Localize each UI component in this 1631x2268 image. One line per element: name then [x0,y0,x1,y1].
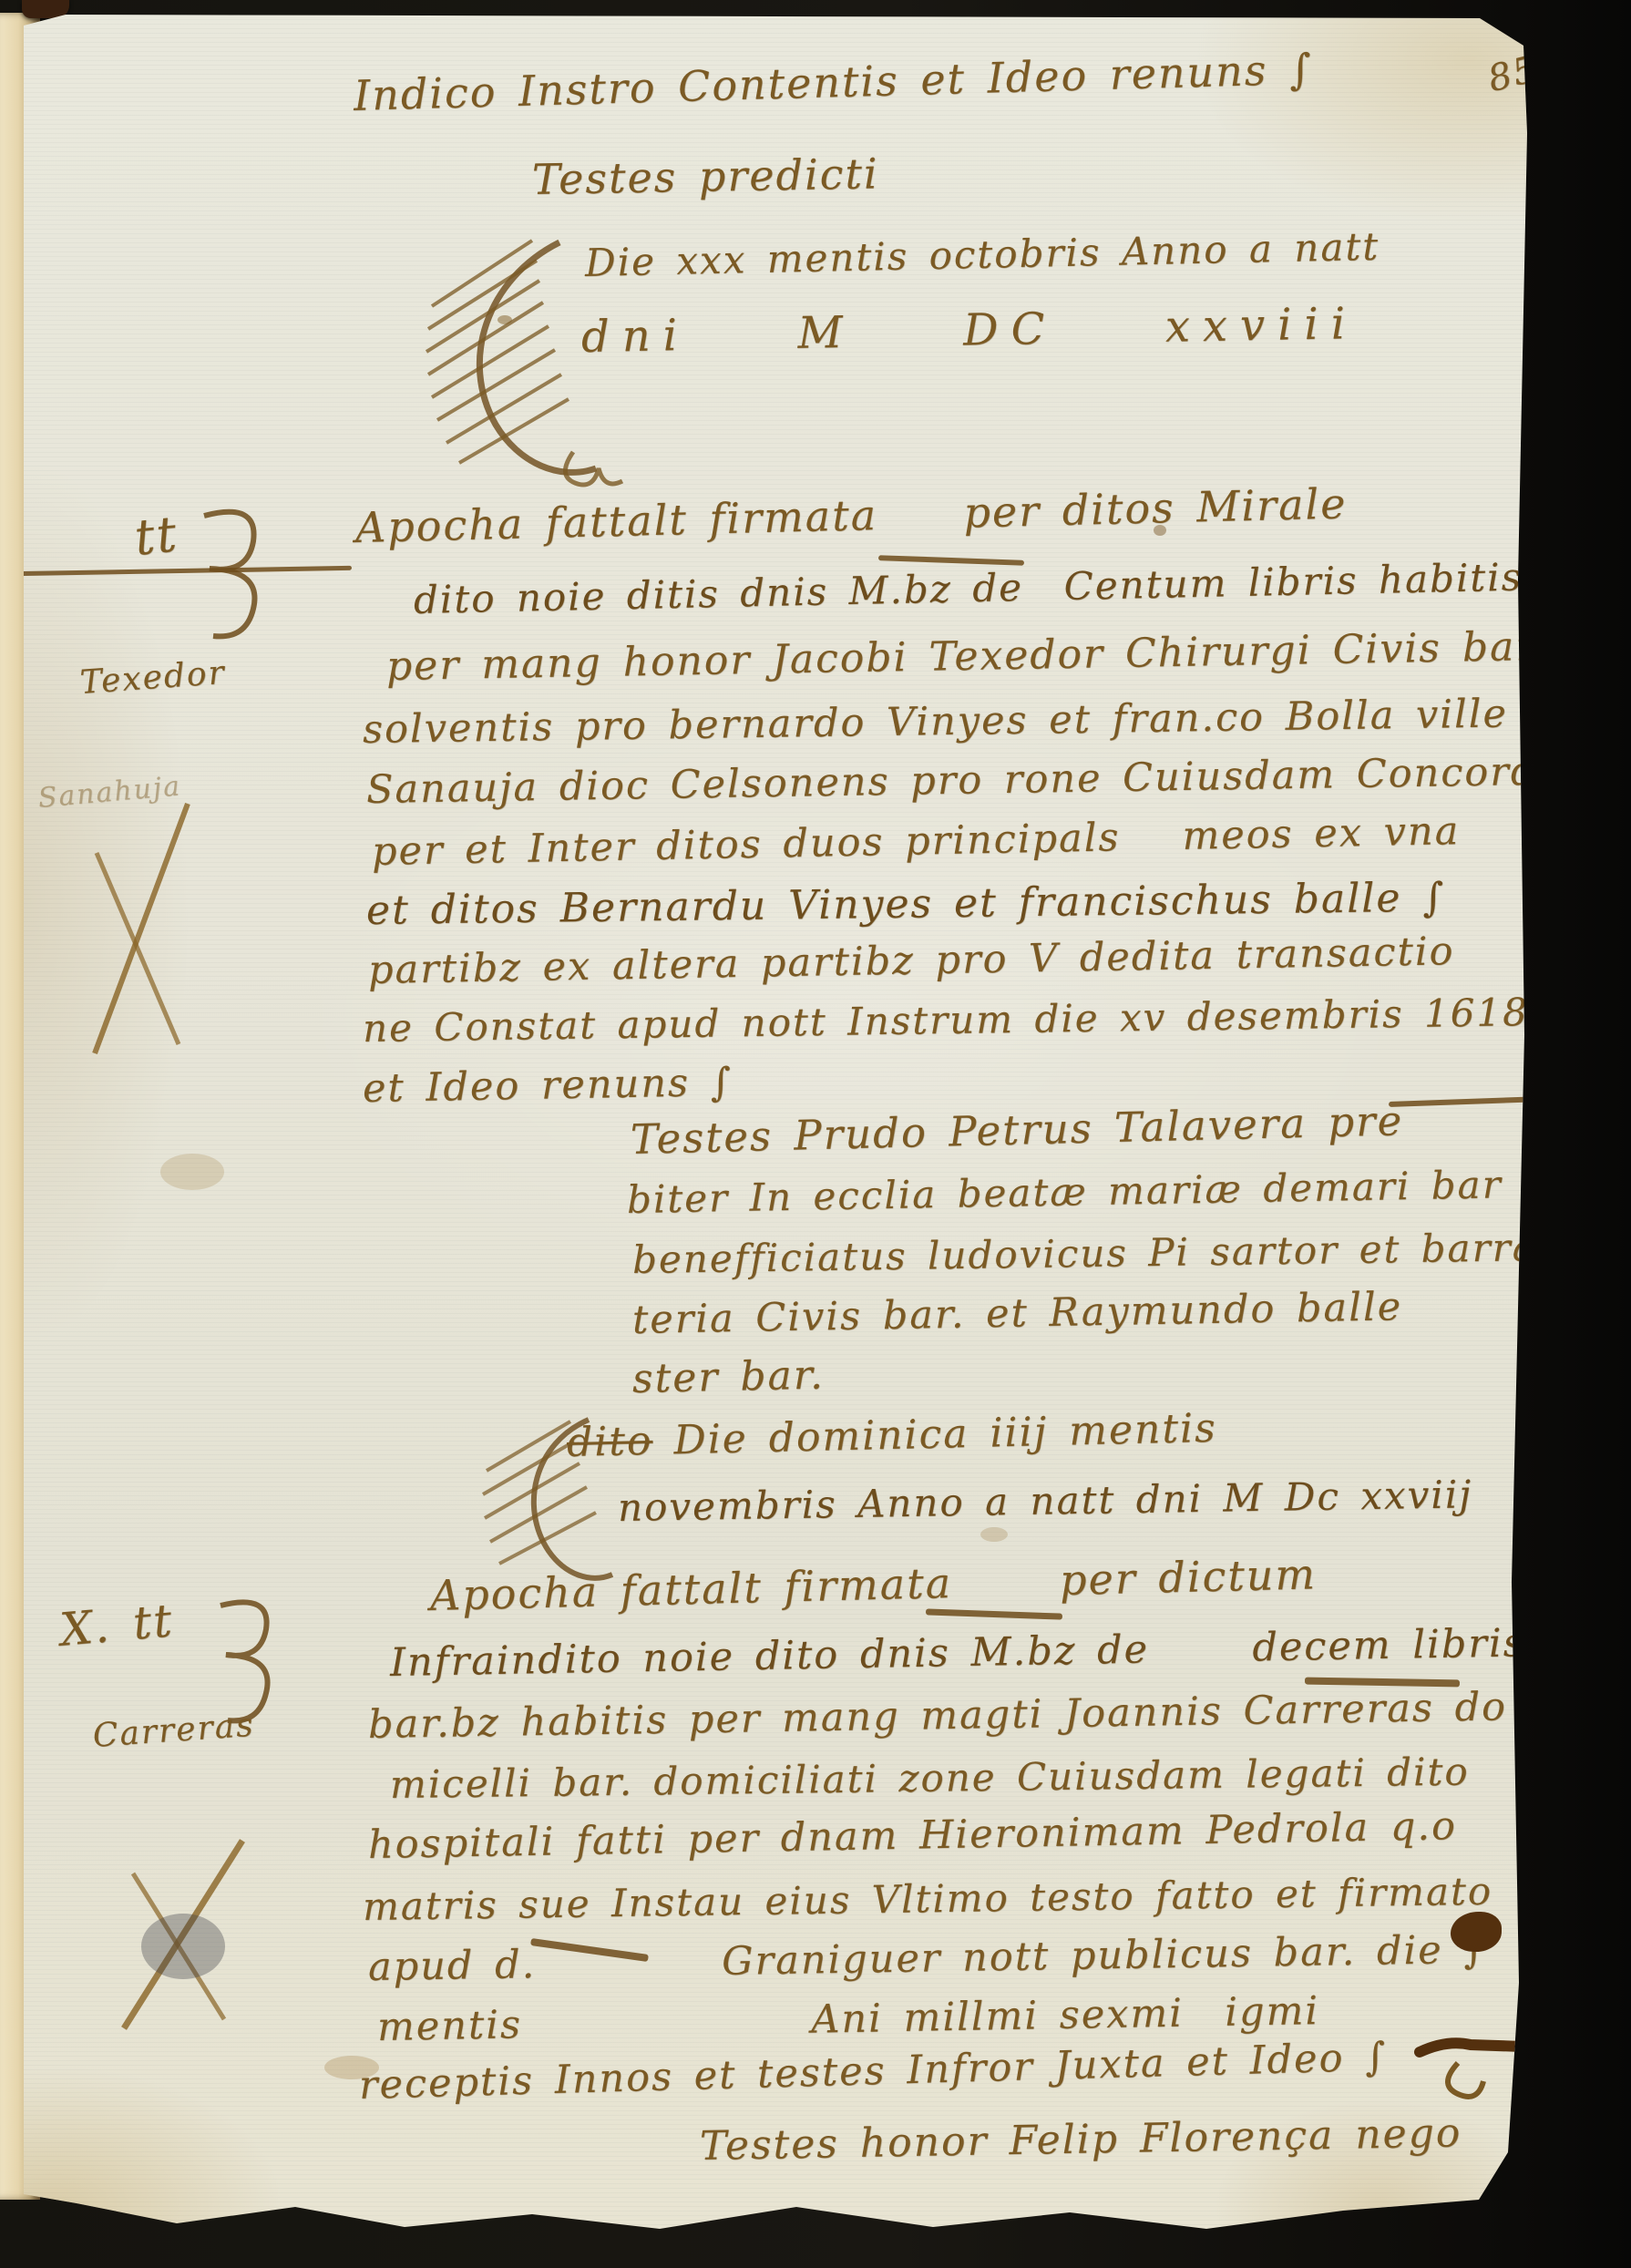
witness-line: biter In ecclia beatæ mariæ demari bar [627,1165,1503,1219]
manuscript-line: mentis Ani millmi sexmi igmi [377,1992,1320,2047]
underline-stroke [926,1608,1062,1619]
entry1-margin-name: Texedor [79,657,227,700]
witness-line: ster bar. [632,1356,826,1400]
entry1-date-line-2: dni M DC xxviii [581,302,1359,359]
manuscript-line: hospitali fatti per dnam Hieronimam Pedr… [368,1807,1458,1865]
manuscript-line: solventis pro bernardo Vinyes et fran.co… [363,694,1509,750]
manuscript-line: Apocha fattalt firmata per ditos Mirale [354,482,1347,549]
margin-flourish [177,507,304,652]
heading-line-2: Testes predicti [532,152,879,200]
manuscript-line: Sanauja dioc Celsonens pro rone Cuiusdam… [366,752,1577,810]
margin-cross-mark [69,798,233,1062]
fox-stain [980,1527,1008,1542]
closing-line: receptis Innos et testes Infror Juxta et… [358,2037,1388,2106]
page-number: 85 [1484,50,1542,97]
entry1-margin-mark: tt [132,509,180,563]
manuscript-scan: 85 Indico Instro Contentis et Ideo renun… [0,0,1631,2268]
entry2-date-rest: Die dominica iiij mentis [652,1405,1217,1464]
witness-line: Testes Prudo Petrus Talavera pre [630,1100,1403,1160]
manuscript-page: 85 Indico Instro Contentis et Ideo renun… [24,15,1529,2231]
witness-line: benefficiatus ludovicus Pi sartor et bar… [632,1228,1537,1279]
entry2-margin-mark: X. tt [58,1597,175,1653]
manuscript-line: per mang honor Jacobi Texedor Chirurgi C… [386,627,1537,687]
entry2-date-line-2: novembris Anno a natt dni M Dc xxviij [618,1475,1473,1527]
underline-stroke [1305,1678,1460,1688]
fox-stain [160,1154,224,1190]
entry2-date-line-1: dito Die dominica iiij mentis [567,1409,1218,1463]
manuscript-line: per et Inter ditos duos principals meos … [372,812,1461,872]
struck-word: dito [566,1418,653,1466]
edge-ink-blot [1451,1912,1502,1952]
manuscript-line: partibz ex altera partibz pro V dedita t… [368,932,1455,990]
closing-line: Testes honor Felip Florença nego [700,2113,1462,2167]
manuscript-line: Infraindito noie dito dnis M.bz de decem… [390,1624,1525,1683]
underline-stroke [878,555,1024,566]
witness-line: teria Civis bar. et Raymundo balle [632,1288,1403,1340]
manuscript-line: et ditos Bernardu Vinyes et francischus … [366,878,1446,931]
manuscript-line: dito noie ditis dnis M.bz de Centum libr… [414,559,1523,620]
manuscript-line: bar.bz habitis per mang magti Joannis Ca… [368,1688,1508,1745]
margin-cross-mark [97,1837,279,2037]
heading-line-1: Indico Instro Contentis et Ideo renuns ∫ [353,48,1313,117]
underline-stroke [1389,1096,1544,1107]
manuscript-line: micelli bar. domiciliati zone Cuiusdam l… [390,1753,1470,1804]
manuscript-line: matris sue Instau eius Vltimo testo fatt… [363,1873,1493,1926]
manuscript-line: ne Constat apud nott Instrum die xv dese… [363,993,1529,1048]
entry1-date-line-1: Die xxx mentis octobris Anno a natt [585,228,1380,282]
edge-hook-stroke [1416,2010,1534,2110]
manuscript-line: et Ideo renuns ∫ [363,1063,733,1109]
